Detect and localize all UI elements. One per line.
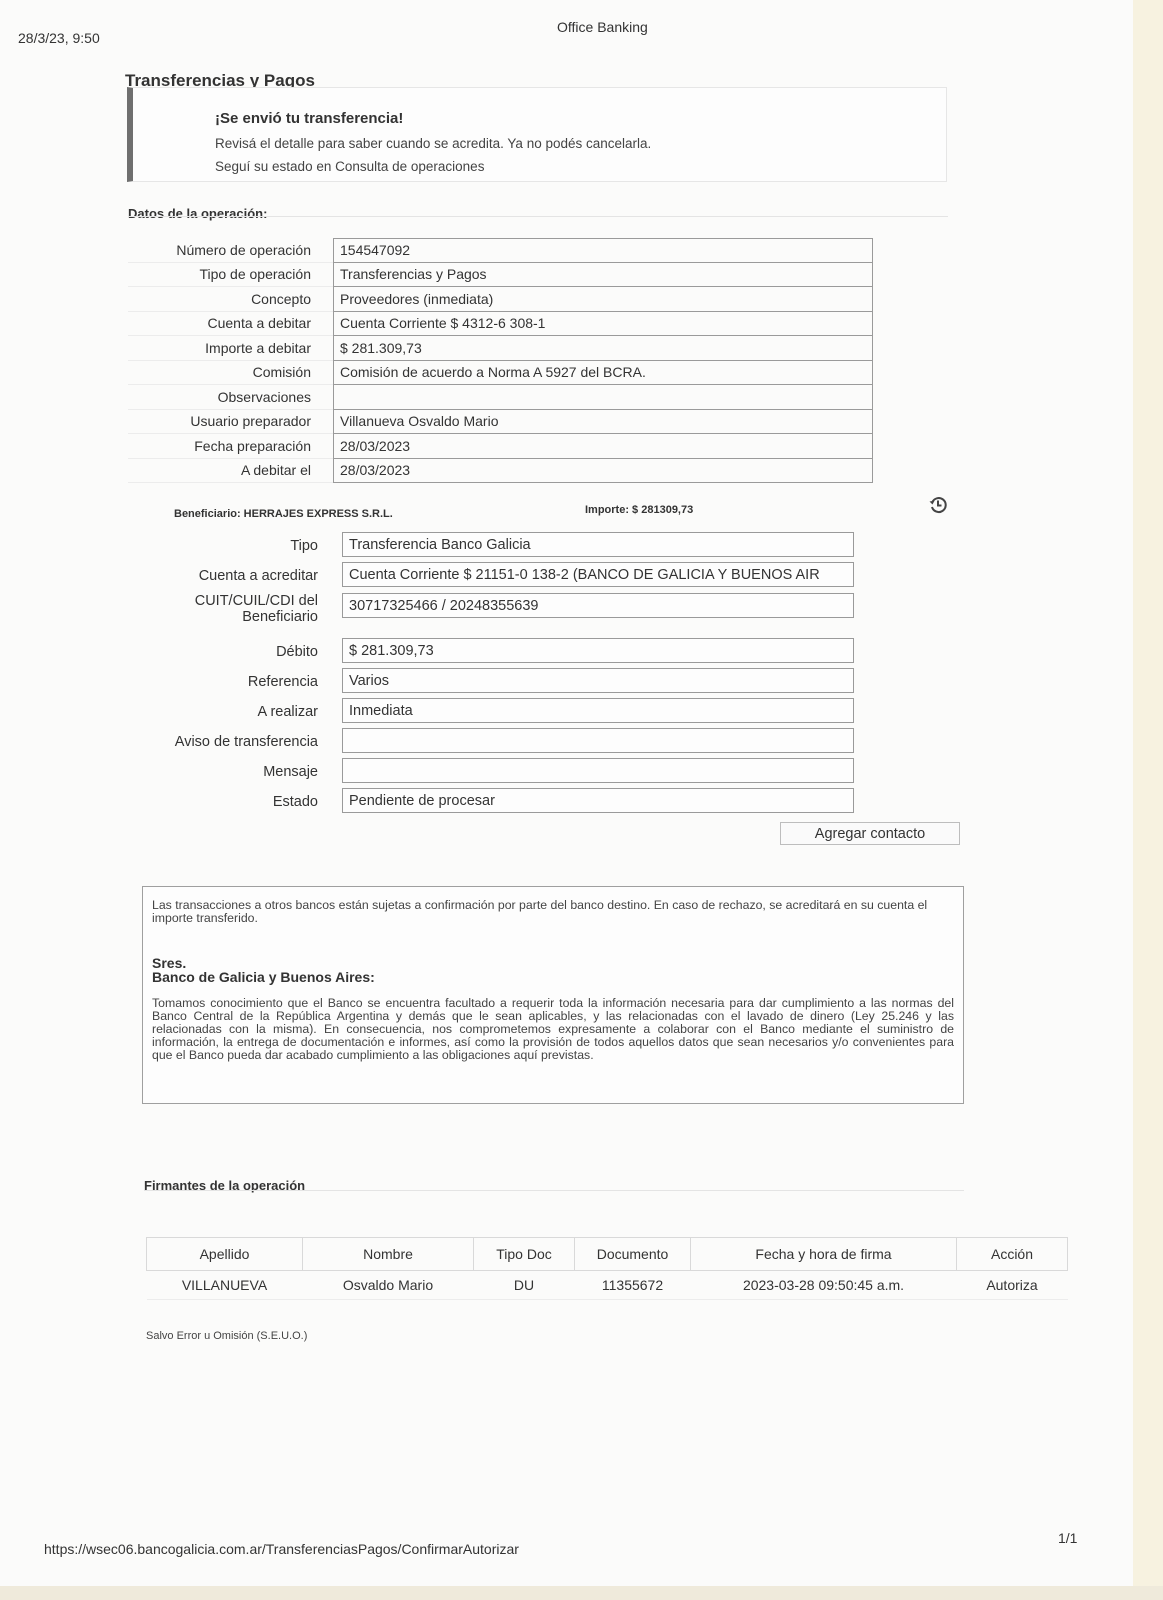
alert-status-link[interactable]: Seguí su estado en Consulta de operacion… [215, 159, 484, 174]
table-cell: 2023-03-28 09:50:45 a.m. [691, 1271, 957, 1300]
signers-table: ApellidoNombreTipo DocDocumentoFecha y h… [146, 1237, 1068, 1300]
field-value: 30717325466 / 20248355639 [342, 593, 854, 618]
field-value: Transferencia Banco Galicia [342, 532, 854, 557]
notice-paragraph: Las transacciones a otros bancos están s… [152, 899, 952, 925]
print-title: Office Banking [557, 19, 648, 35]
field-value: 154547092 [333, 238, 873, 263]
beneficiary-row: Aviso de transferencia [150, 728, 880, 753]
table-cell: VILLANUEVA [147, 1271, 303, 1300]
field-value: Cuenta Corriente $ 4312-6 308-1 [333, 312, 873, 337]
operation-row: ComisiónComisión de acuerdo a Norma A 59… [128, 361, 873, 386]
field-value: Comisión de acuerdo a Norma A 5927 del B… [333, 361, 873, 386]
beneficiary-row: TipoTransferencia Banco Galicia [150, 532, 880, 557]
field-value [342, 728, 854, 753]
field-label: Número de operación [128, 238, 333, 263]
table-cell: DU [474, 1271, 575, 1300]
column-header: Documento [575, 1238, 691, 1271]
field-label: A realizar [150, 698, 342, 723]
alert-message: Revisá el detalle para saber cuando se a… [215, 136, 651, 151]
add-contact-button[interactable]: Agregar contacto [780, 822, 960, 845]
beneficiary-row: ReferenciaVarios [150, 668, 880, 693]
field-label: Tipo [150, 532, 342, 557]
beneficiary-name: Beneficiario: HERRAJES EXPRESS S.R.L. [174, 508, 393, 520]
field-label: Fecha preparación [128, 434, 333, 459]
field-label: Aviso de transferencia [150, 728, 342, 753]
column-header: Nombre [303, 1238, 474, 1271]
field-value: Villanueva Osvaldo Mario [333, 410, 873, 435]
field-value: 28/03/2023 [333, 434, 873, 459]
field-label: Concepto [128, 287, 333, 312]
column-header: Acción [957, 1238, 1068, 1271]
field-value: Transferencias y Pagos [333, 263, 873, 288]
column-header: Apellido [147, 1238, 303, 1271]
field-label: Mensaje [150, 758, 342, 783]
table-cell: 11355672 [575, 1271, 691, 1300]
field-value [342, 758, 854, 783]
alert-title: ¡Se envió tu transferencia! [215, 110, 403, 127]
field-value: Pendiente de procesar [342, 788, 854, 813]
beneficiary-row: EstadoPendiente de procesar [150, 788, 880, 813]
field-value: Cuenta Corriente $ 21151-0 138-2 (BANCO … [342, 562, 854, 587]
print-datetime: 28/3/23, 9:50 [18, 30, 100, 46]
operation-details: Número de operación154547092Tipo de oper… [128, 238, 873, 483]
field-label: Importe a debitar [128, 336, 333, 361]
beneficiary-row: A realizarInmediata [150, 698, 880, 723]
beneficiary-row: Mensaje [150, 758, 880, 783]
operation-row: A debitar el28/03/2023 [128, 459, 873, 484]
operation-row: Cuenta a debitarCuenta Corriente $ 4312-… [128, 312, 873, 337]
field-value: Varios [342, 668, 854, 693]
table-row: VILLANUEVAOsvaldo MarioDU113556722023-03… [147, 1271, 1068, 1300]
field-value: $ 281.309,73 [342, 638, 854, 663]
seuo-note: Salvo Error u Omisión (S.E.U.O.) [146, 1330, 307, 1342]
operation-row: Fecha preparación28/03/2023 [128, 434, 873, 459]
operation-row: Número de operación154547092 [128, 238, 873, 263]
paper-bottom-edge [0, 1586, 1163, 1600]
field-label: Referencia [150, 668, 342, 693]
column-header: Fecha y hora de firma [691, 1238, 957, 1271]
beneficiary-amount: Importe: $ 281309,73 [585, 504, 693, 516]
print-url: https://wsec06.bancogalicia.com.ar/Trans… [44, 1541, 519, 1557]
field-value: 28/03/2023 [333, 459, 873, 484]
operation-row: Observaciones [128, 385, 873, 410]
divider [128, 216, 948, 217]
notice-recipient: Banco de Galicia y Buenos Aires: [152, 969, 952, 985]
field-label: CUIT/CUIL/CDI del Beneficiario [150, 593, 342, 625]
field-value [333, 385, 873, 410]
success-alert: ¡Se envió tu transferencia! Revisá el de… [127, 87, 947, 182]
field-label: Estado [150, 788, 342, 813]
field-label: Observaciones [128, 385, 333, 410]
operation-row: Tipo de operaciónTransferencias y Pagos [128, 263, 873, 288]
table-cell: Autoriza [957, 1271, 1068, 1300]
column-header: Tipo Doc [474, 1238, 575, 1271]
history-clock-icon[interactable] [928, 495, 948, 515]
print-page-number: 1/1 [1058, 1530, 1077, 1546]
field-label: Tipo de operación [128, 263, 333, 288]
paper-edge [1133, 0, 1163, 1600]
field-label: A debitar el [128, 459, 333, 484]
table-cell: Osvaldo Mario [303, 1271, 474, 1300]
beneficiary-row: Débito$ 281.309,73 [150, 638, 880, 663]
legal-notice: Las transacciones a otros bancos están s… [142, 886, 964, 1104]
field-label: Débito [150, 638, 342, 663]
field-label: Comisión [128, 361, 333, 386]
field-label: Cuenta a acreditar [150, 562, 342, 587]
operation-section-title: Datos de la operación: [128, 206, 267, 221]
field-label: Cuenta a debitar [128, 312, 333, 337]
field-value: $ 281.309,73 [333, 336, 873, 361]
beneficiary-row: Cuenta a acreditarCuenta Corriente $ 211… [150, 562, 880, 587]
field-value: Proveedores (inmediata) [333, 287, 873, 312]
operation-row: ConceptoProveedores (inmediata) [128, 287, 873, 312]
field-value: Inmediata [342, 698, 854, 723]
beneficiary-row: CUIT/CUIL/CDI del Beneficiario3071732546… [150, 593, 880, 625]
operation-row: Usuario preparadorVillanueva Osvaldo Mar… [128, 410, 873, 435]
divider [144, 1190, 964, 1191]
notice-terms: Tomamos conocimiento que el Banco se enc… [152, 997, 954, 1062]
field-label: Usuario preparador [128, 410, 333, 435]
operation-row: Importe a debitar$ 281.309,73 [128, 336, 873, 361]
